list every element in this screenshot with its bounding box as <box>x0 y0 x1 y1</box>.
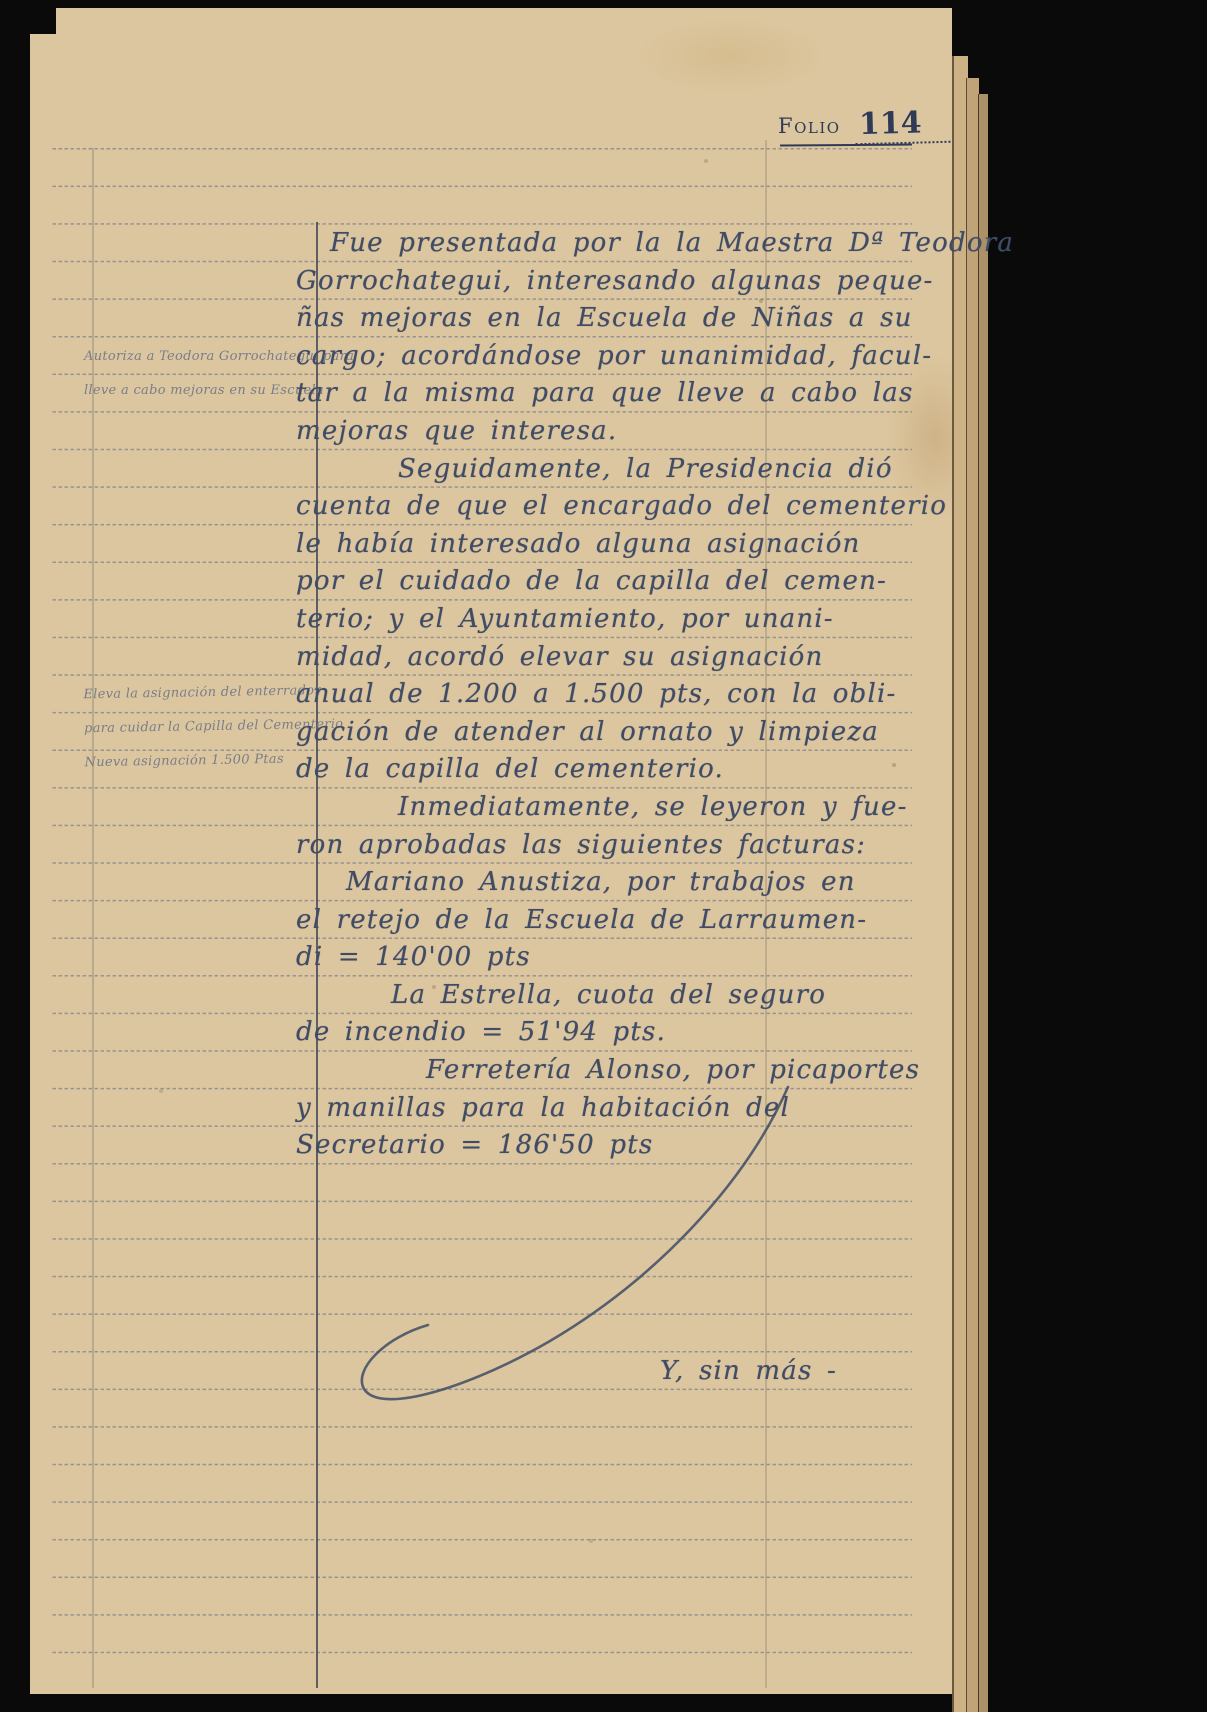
manuscript-line: cargo; acordándose por unanimidad, facul… <box>296 338 916 376</box>
manuscript-line: cuenta de que el encargado del cementeri… <box>296 488 916 526</box>
manuscript-line: Seguidamente, la Presidencia dió <box>296 451 916 489</box>
scan-corner-shadow <box>0 0 56 34</box>
manuscript-line: ron aprobadas las siguientes facturas: <box>296 827 916 865</box>
manuscript-line: Inmediatamente, se leyeron y fue- <box>296 789 916 827</box>
scanned-document: { "folio": { "label": "Folio", "number":… <box>0 0 1207 1712</box>
page-stack-edge <box>978 94 988 1712</box>
folio-header: Folio 114 <box>778 106 949 144</box>
manuscript-line: La Estrella, cuota del seguro <box>296 977 916 1015</box>
paper-specks <box>0 0 2 2</box>
manuscript-line: le había interesado alguna asignación <box>296 526 916 564</box>
manuscript-body: Fue presentada por la la Maestra Dª Teod… <box>296 225 916 1165</box>
manuscript-line: tar a la misma para que lleve a cabo las <box>296 375 916 413</box>
closing-words: Y, sin más - <box>660 1353 837 1391</box>
manuscript-line: Fue presentada por la la Maestra Dª Teod… <box>296 225 916 263</box>
manuscript-line: midad, acordó elevar su asignación <box>296 639 916 677</box>
manuscript-line: anual de 1.200 a 1.500 pts, con la obli- <box>296 676 916 714</box>
manuscript-line: gación de atender al ornato y limpieza <box>296 714 916 752</box>
manuscript-line: el retejo de la Escuela de Larraumen- <box>296 902 916 940</box>
folio-label: Folio <box>778 114 841 138</box>
manuscript-line: de la capilla del cementerio. <box>296 751 916 789</box>
manuscript-line: ñas mejoras en la Escuela de Niñas a su <box>296 300 916 338</box>
manuscript-line: terio; y el Ayuntamiento, por unani- <box>296 601 916 639</box>
manuscript-line: di = 140'00 pts <box>296 939 916 977</box>
folio-number: 114 <box>854 105 950 145</box>
manuscript-line: Gorrochategui, interesando algunas peque… <box>296 263 916 301</box>
manuscript-line: de incendio = 51'94 pts. <box>296 1014 916 1052</box>
manuscript-line: Mariano Anustiza, por trabajos en <box>296 864 916 902</box>
manuscript-line: mejoras que interesa. <box>296 413 916 451</box>
manuscript-line: por el cuidado de la capilla del cemen- <box>296 563 916 601</box>
